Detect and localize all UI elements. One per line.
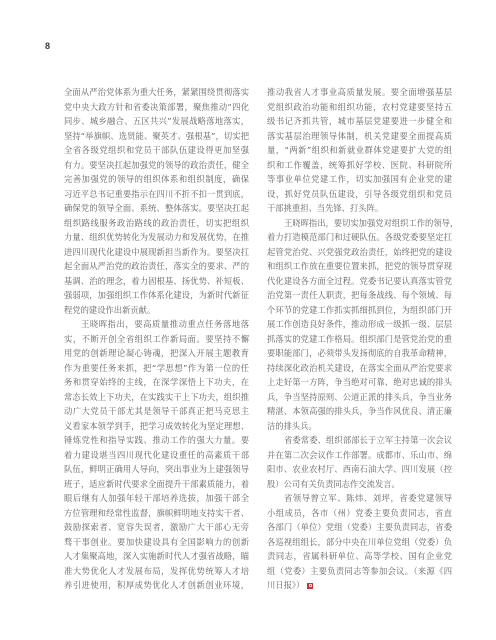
- page-number: 8: [45, 41, 50, 51]
- text-line: 小组成员，各市（州）党委主要负责同志，省直: [267, 506, 452, 521]
- article-final-line: 川日报》）: [267, 578, 452, 593]
- text-line: 班子，适应新时代要求全面提升干部素质能力，着: [64, 477, 249, 492]
- text-line: 抓落实的党建工作格局。组织部门是管党治党的重: [267, 332, 452, 347]
- text-line: 同步、城乡融合、五区共兴”发展战略落地落实，: [64, 114, 249, 129]
- text-line: 展工作创造良好条件，推动形成一级抓一级、层层: [267, 317, 452, 332]
- text-line: 党中央大政方针和省委决策部署，聚焦推动“四化: [64, 100, 249, 115]
- text-line: 着力打造模范部门和过硬队伍。各级党委要坚定扛: [267, 230, 452, 245]
- text-line: 有力。要坚决扛起加强党的领导的政治责任，健全: [64, 158, 249, 173]
- paragraph-start-line: 王晓晖指出，要切实加强党对组织工作的领导，: [267, 216, 452, 231]
- text-line: 务和贯穿始终的主线，在深学深悟上下功夫，在: [64, 375, 249, 390]
- text-line: 并在第二次会议作工作部署。成都市、乐山市、绵: [267, 448, 452, 463]
- text-line: 阳市、农业农村厅、西南石油大学、四川发展（控: [267, 462, 452, 477]
- text-line: 鼓励探索者、宽容失误者，激励广大干部心无旁: [64, 520, 249, 535]
- text-line: 习近平总书记重要指示在四川不折不扣一贯到底，: [64, 187, 249, 202]
- paragraph-end-line: 股）公司有关负责同志作交流发言。: [267, 477, 452, 492]
- text-line: 养引进使用，积厚成势优化人才创新创业环境，: [64, 578, 249, 593]
- text-line: 骛干事创业。要加快建设具有全国影响力的创新: [64, 535, 249, 550]
- text-line: 完善加强党的领导的组织体系和组织制度，确保: [64, 172, 249, 187]
- text-line: 人才集聚高地，深入实施新时代人才强省战略，瞄: [64, 549, 249, 564]
- end-of-article-mark-icon: [307, 583, 313, 589]
- text-line: 常态长效上下功夫，在实践实干上下功夫，组织推: [64, 390, 249, 405]
- text-line: 实，不断开创全省组织工作新局面。要坚持不懈: [64, 332, 249, 347]
- text-line: 量，“两新”组织和新就业群体党建要扩大党的组: [267, 143, 452, 158]
- text-line: 级书记齐抓共管，城市基层党建要进一步健全和: [267, 114, 452, 129]
- text-line: 持续深化政治机关建设，在落实全面从严治党要求: [267, 361, 452, 376]
- text-line: 力量、组织优势转化为发展动力和发展优势，在推: [64, 230, 249, 245]
- article-column-left: 全面从严治党体系为重大任务，紧紧围绕贯彻落实 党中央大政方针和省委决策部署，聚焦…: [64, 85, 249, 593]
- text-line: 等事业单位党建工作，切实加强国有企业党的建: [267, 172, 452, 187]
- paragraph-end-line: 干部挑重担、当先锋、打头阵。: [267, 201, 452, 216]
- text-line: 个环节的党建工作抓实抓细抓到位，为组织部门开: [267, 303, 452, 318]
- text-line: 各部门（单位）党组（党委）主要负责同志，省委: [267, 520, 452, 535]
- text-line: 义看家本领学到手，把学习成效转化为坚定理想、: [64, 419, 249, 434]
- text-line: 方位管理和经常性监督，旗帜鲜明地支持实干者、: [64, 506, 249, 521]
- text-line: 要职能部门，必须带头发扬彻底的自我革命精神，: [267, 346, 452, 361]
- text-line: 精湛、本领高强的排头兵，争当作风优良、清正廉: [267, 404, 452, 419]
- text-line: 动广大党员干部尤其是领导干部真正把马克思主: [64, 404, 249, 419]
- text-line: 组织路线服务政治路线的政治责任，切实把组织: [64, 216, 249, 231]
- text-line: 作为重要任务来抓，把“学思想”作为第一位的任: [64, 361, 249, 376]
- paragraph-start-line: 省委常委、组织部部长于立军主持第一次会议: [267, 433, 452, 448]
- text-line: 用党的创新理论凝心铸魂，把深入开展主题教育: [64, 346, 249, 361]
- text-line: 代化建设各方面全过程。党委书记要认真落实管党: [267, 274, 452, 289]
- text-line: 基调、治的理念，着力固根基、扬优势、补短板、: [64, 274, 249, 289]
- paragraph-end-line: 洁的排头兵。: [267, 419, 452, 434]
- text-line: 组（党委）主要负责同志等参加会议。（来源《四: [267, 564, 452, 579]
- text-line: 设，抓好党员队伍建设，引导各级党组织和党员: [267, 187, 452, 202]
- text-line: 进四川现代化建设中展现新担当新作为。要坚决扛: [64, 245, 249, 260]
- text-line: 队伍，鲜明正确用人导向，突出事业为上建强领导: [64, 462, 249, 477]
- text-line: 责同志，省属科研单位、高等学校、国有企业党: [267, 549, 452, 564]
- text-line: 治党第一责任人职责，把每条战线、每个领域、每: [267, 288, 452, 303]
- text-line: 党组织政治功能和组织功能，农村党建要坚持五: [267, 100, 452, 115]
- text-line: 上走好第一方阵，争当绝对可靠、绝对忠诚的排头: [267, 375, 452, 390]
- text-line: 兵，争当坚持原则、公道正派的排头兵，争当业务: [267, 390, 452, 405]
- text-line: 确保党的领导全面、系统、整体落实。要坚决扛起: [64, 201, 249, 216]
- text-line: 织和工作覆盖，统筹抓好学校、医院、科研院所: [267, 158, 452, 173]
- text-line: 锤炼党性和指导实践、推动工作的强大力量。要: [64, 433, 249, 448]
- paragraph-end-line: 程党的建设作出新贡献。: [64, 303, 249, 318]
- text-line: 起全面从严治党的政治责任，落实全的要求、严的: [64, 259, 249, 274]
- text-line: 全省各级党组织和党员干部队伍建设得更加坚强: [64, 143, 249, 158]
- text-line: 着力建设堪当四川现代化建设重任的高素质干部: [64, 448, 249, 463]
- text-line: 眼后继有人加强年轻干部培养选拔，加强干部全: [64, 491, 249, 506]
- text-line: 落实基层治理领导体制，机关党建要全面提高质: [267, 129, 452, 144]
- text-line: 推动我省人才事业高质量发展。要全面增强基层: [267, 85, 452, 100]
- paragraph-start-line: 省领导曾立军、陈炜、刘坪，省委党建领导: [267, 491, 452, 506]
- text-line: 起管党治党、兴党强党政治责任，始终把党的建设: [267, 245, 452, 260]
- text-line: 强弱项，加强组织工作体系化建设，为新时代新征: [64, 288, 249, 303]
- article-column-right: 推动我省人才事业高质量发展。要全面增强基层 党组织政治功能和组织功能，农村党建要…: [267, 85, 452, 593]
- text-line: 准大势优化人才发展布局，发挥优势统筹人才培: [64, 564, 249, 579]
- text-line: 和组织工作放在重要位置来抓，把党的领导贯穿现: [267, 259, 452, 274]
- text-line: 各巡视组组长，部分中央在川单位党组（党委）负: [267, 535, 452, 550]
- text-line: 坚持“举旗帜、选贤能、聚英才、强根基”，切实把: [64, 129, 249, 144]
- text-line: 全面从严治党体系为重大任务，紧紧围绕贯彻落实: [64, 85, 249, 100]
- source-citation: 川日报》）: [267, 580, 304, 590]
- paragraph-start-line: 王晓晖指出，要高质量推动重点任务落地落: [64, 317, 249, 332]
